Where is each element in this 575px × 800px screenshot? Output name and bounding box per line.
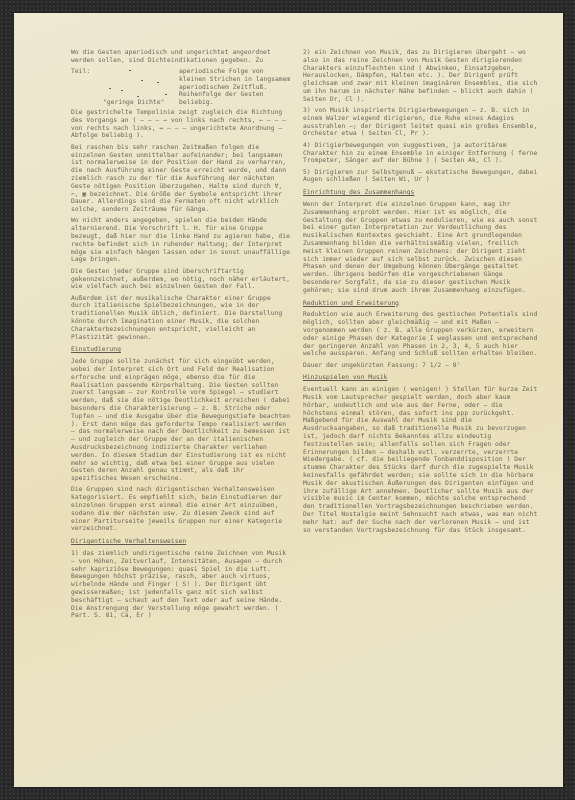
right-column: 2) ein Zeichnen von Musik, das zu Dirigi… <box>303 49 539 538</box>
paragraph: 4) Dirigierbewegungen von suggestivem, j… <box>303 142 539 165</box>
section-heading-einrichtung: Einrichtung des Zusammenhangs <box>303 189 539 197</box>
paragraph: Außerdem ist der musikalische Charakter … <box>71 295 291 342</box>
paragraph: Die gestrichelte Tempolinie zeigt zuglei… <box>71 109 291 140</box>
paragraph: 5) Dirigieren zur Selbstgenuß – ekstatis… <box>303 169 539 185</box>
stroke-mark <box>109 88 111 89</box>
document-page: Wo die Gesten aperiodisch und ungerichte… <box>14 13 563 787</box>
duration-note: Dauer der ungekürzten Fassung: 7 1/2 – 8… <box>303 362 539 370</box>
paragraph: 3) von Musik inspirierte Dirigierbewegun… <box>303 107 539 138</box>
paragraph: Eventuell kann an einigen ( wenigen! ) S… <box>303 386 539 534</box>
paragraph: Reduktion wie auch Erweiterung des gesti… <box>303 311 539 358</box>
paragraph: Wo nicht anders angegeben, spielen die b… <box>71 217 291 264</box>
intro-text: Wo die Gesten aperiodisch und ungerichte… <box>71 49 291 65</box>
paragraph: Bei raschen bis sehr raschen Zeitmaßen f… <box>71 144 291 214</box>
density-notation-example: Teil: aperiodische Folge von kleinen Str… <box>71 68 291 108</box>
paragraph: Die Gesten jeder Gruppe sind überschrift… <box>71 268 291 291</box>
notation-description: aperiodische Folge von kleinen Strichen … <box>179 68 291 107</box>
stroke-mark <box>141 80 143 81</box>
notation-label: Teil: <box>71 68 90 76</box>
left-column: Wo die Gesten aperiodisch und ungerichte… <box>71 49 291 624</box>
notation-caption: "geringe Dichte" <box>103 99 164 107</box>
stroke-mark <box>165 94 167 95</box>
section-heading-einstudierung: Einstudierung <box>71 346 291 354</box>
section-heading-reduktion: Reduktion und Erweiterung <box>303 300 539 308</box>
stroke-mark <box>157 82 159 83</box>
paragraph: Jede Gruppe sollte zunächst für sich ein… <box>71 358 291 483</box>
paragraph: 1) das ziemlich undirigentische reine Ze… <box>71 550 291 620</box>
paragraph: 2) ein Zeichnen von Musik, das zu Dirigi… <box>303 49 539 104</box>
section-heading-hinzuspielen: Hinzuspielen von Musik <box>303 374 539 382</box>
section-heading-dirigentische: Dirigentische Verhaltensweisen <box>71 538 291 546</box>
paragraph: Die Gruppen sind nach dirigentischen Ver… <box>71 486 291 533</box>
stroke-mark <box>129 70 131 71</box>
stroke-mark <box>137 96 139 97</box>
paragraph: Wenn der Interpret die einzelnen Gruppen… <box>303 201 539 295</box>
stroke-mark <box>121 90 123 91</box>
